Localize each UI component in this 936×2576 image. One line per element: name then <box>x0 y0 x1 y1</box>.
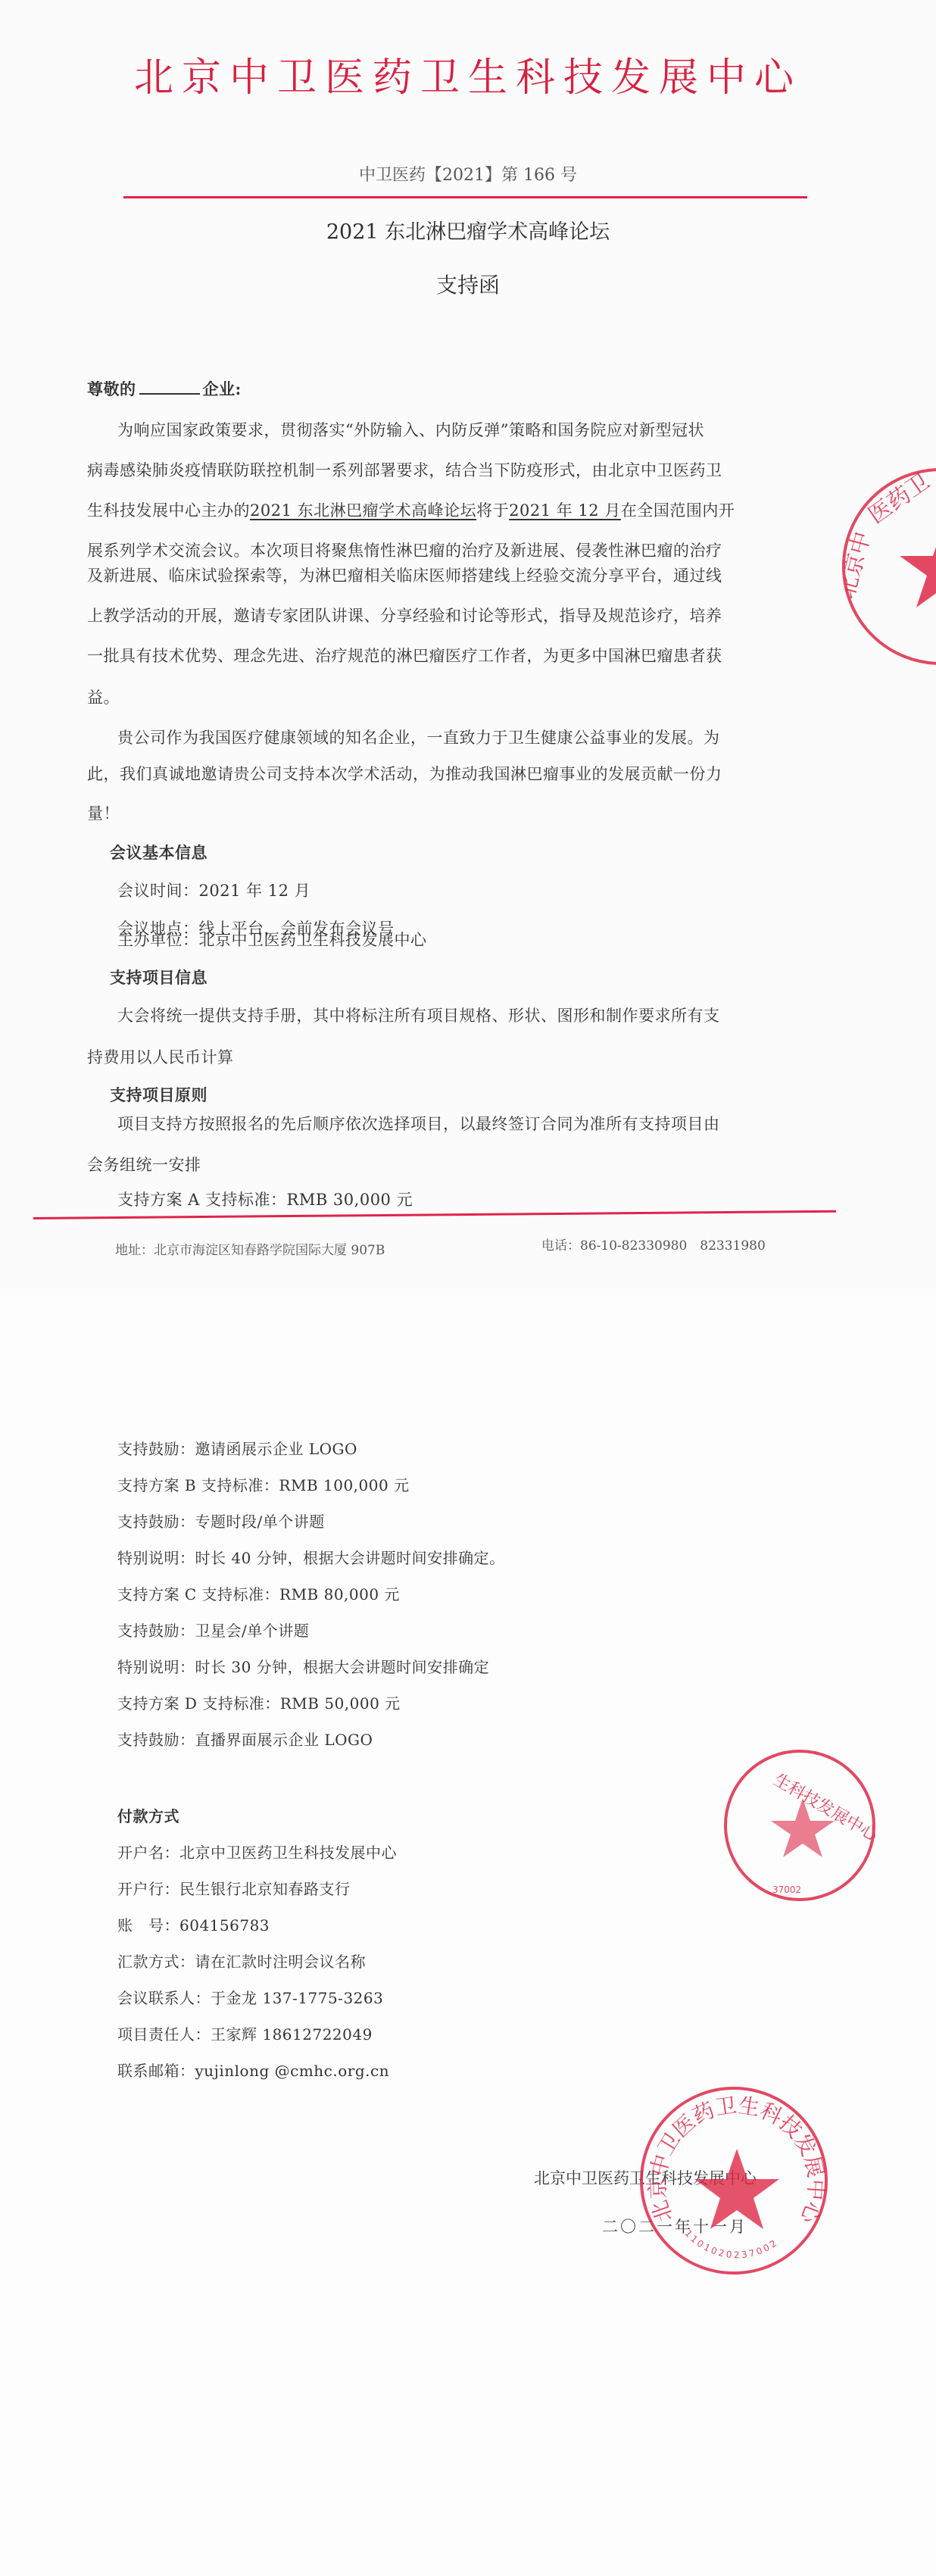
plan-b-note: 特别说明：时长 40 分钟，根据大会讲题时间安排确定。 <box>117 1546 505 1568</box>
organization-letterhead-title: 北京中卫医药卫生科技发展中心 <box>0 45 936 102</box>
meeting-info-heading: 会议基本信息 <box>110 841 207 863</box>
svg-text:1101020237002: 1101020237002 <box>683 2228 781 2260</box>
official-seal-partial: 医药卫 北京中 <box>842 468 936 665</box>
support-info-heading: 支持项目信息 <box>110 966 207 988</box>
letterhead-red-divider <box>123 196 807 198</box>
svg-text:生科技发展中心: 生科技发展中心 <box>770 1771 878 1846</box>
contact-email: 联系邮箱：yujinlong @cmhc.org.cn <box>117 2059 389 2081</box>
footer-phone: 电话：86-10-82330980 82331980 <box>541 1235 766 1254</box>
plan-a-reward: 支持鼓励：邀请函展示企业 LOGO <box>117 1437 357 1459</box>
salutation: 尊敬的企业: <box>87 377 242 400</box>
para1-line8: 益。 <box>87 685 120 708</box>
official-seal-partial: 生科技发展中心 37002 <box>724 1750 875 1901</box>
plan-c-reward: 支持鼓励：卫星会/单个讲题 <box>117 1619 309 1641</box>
para1-text: 生科技发展中心主办的 <box>87 501 250 520</box>
plan-b-standard: 支持方案 B 支持标准：RMB 100,000 元 <box>117 1473 410 1495</box>
para2-line2: 此，我们真诚地邀请贵公司支持本次学术活动，为推动我国淋巴瘤事业的发展贡献一份力 <box>87 762 722 785</box>
meeting-time: 会议时间：2021 年 12 月 <box>117 879 310 901</box>
para1-line4: 展系列学术交流会议。本次项目将聚焦惰性淋巴瘤的治疗及新进展、侵袭性淋巴瘤的治疗 <box>87 539 722 561</box>
seal-star-icon: 北京中卫医药卫生科技发展中心 1101020237002 <box>643 2090 831 2278</box>
seal-star-icon: 医药卫 北京中 <box>845 471 936 668</box>
salutation-prefix: 尊敬的 <box>87 379 136 398</box>
account-name: 开户名：北京中卫医药卫生科技发展中心 <box>117 1841 397 1863</box>
svg-text:37002: 37002 <box>772 1884 801 1895</box>
official-seal: 北京中卫医药卫生科技发展中心 1101020237002 <box>640 2087 828 2275</box>
para1-line3: 生科技发展中心主办的2021 东北淋巴瘤学术高峰论坛将于2021 年 12 月在… <box>87 498 735 521</box>
support-principle-line2: 会务组统一安排 <box>87 1153 201 1176</box>
plan-c-standard: 支持方案 C 支持标准：RMB 80,000 元 <box>117 1582 400 1604</box>
footer-address: 地址：北京市海淀区知春路学院国际大厦 907B <box>115 1239 385 1258</box>
support-principle-line1: 项目支持方按照报名的先后顺序依次选择项目，以最终签订合同为准所有支持项目由 <box>117 1112 720 1135</box>
para1-text: 在全国范围内开 <box>621 501 735 520</box>
project-manager: 项目责任人：王家辉 18612722049 <box>117 2022 373 2044</box>
company-name-blank <box>139 379 200 395</box>
forum-name-underlined: 2021 东北淋巴瘤学术高峰论坛 <box>250 501 476 520</box>
bank-name: 开户行：民生银行北京知春路支行 <box>117 1877 351 1899</box>
plan-a-standard: 支持方案 A 支持标准：RMB 30,000 元 <box>117 1188 413 1210</box>
meeting-contact: 会议联系人：于金龙 137-1775-3263 <box>117 1986 383 2008</box>
svg-text:医药卫: 医药卫 <box>864 471 935 529</box>
plan-d-standard: 支持方案 D 支持标准：RMB 50,000 元 <box>117 1691 401 1713</box>
para1-line7: 一批具有技术优势、理念先进、治疗规范的淋巴瘤医疗工作者，为更多中国淋巴瘤患者获 <box>87 644 722 667</box>
account-number: 账 号：604156783 <box>117 1913 270 1935</box>
para1-line1: 为响应国家政策要求，贯彻落实“外防输入、内防反弹”策略和国务院应对新型冠状 <box>117 418 704 441</box>
support-info-line1: 大会将统一提供支持手册，其中将标注所有项目规格、形状、图形和制作要求所有支 <box>117 1004 720 1026</box>
document-number: 中卫医药【2021】第 166 号 <box>0 162 936 186</box>
support-info-line2: 持费用以人民币计算 <box>87 1045 234 1068</box>
forum-title: 2021 东北淋巴瘤学术高峰论坛 <box>0 215 936 245</box>
plan-c-note: 特别说明：时长 30 分钟，根据大会讲题时间安排确定 <box>117 1655 489 1677</box>
footer-red-divider <box>33 1210 836 1219</box>
para2-line1: 贵公司作为我国医疗健康领域的知名企业，一直致力于卫生健康公益事业的发展。为 <box>117 726 720 748</box>
para1-line2: 病毒感染肺炎疫情联防联控机制一系列部署要求，结合当下防疫形式，由北京中卫医药卫 <box>87 458 722 481</box>
plan-b-reward: 支持鼓励：专题时段/单个讲题 <box>117 1510 325 1532</box>
para1-line6: 上教学活动的开展，邀请专家团队讲课、分享经验和讨论等形式，指导及规范诊疗，培养 <box>87 604 722 626</box>
support-principle-heading: 支持项目原则 <box>110 1083 207 1106</box>
payment-heading: 付款方式 <box>117 1804 179 1826</box>
letter-page-1: 北京中卫医药卫生科技发展中心 中卫医药【2021】第 166 号 2021 东北… <box>0 0 936 1289</box>
plan-d-reward: 支持鼓励：直播界面展示企业 LOGO <box>117 1728 373 1750</box>
salutation-suffix: 企业: <box>203 379 242 398</box>
meeting-host: 主办单位：北京中卫医药卫生科技发展中心 <box>117 928 427 951</box>
letter-title: 支持函 <box>0 269 936 299</box>
para2-line3: 量！ <box>87 801 120 824</box>
svg-text:北京中: 北京中 <box>845 529 876 601</box>
para1-line5: 及新进展、临床试验探索等，为淋巴瘤相关临床医师搭建线上经验交流分享平台，通过线 <box>87 564 722 586</box>
forum-date-underlined: 2021 年 12 月 <box>509 501 621 520</box>
para1-text: 将于 <box>476 501 509 520</box>
remit-method: 汇款方式：请在汇款时注明会议名称 <box>117 1950 366 1972</box>
seal-star-icon: 生科技发展中心 37002 <box>727 1753 878 1904</box>
